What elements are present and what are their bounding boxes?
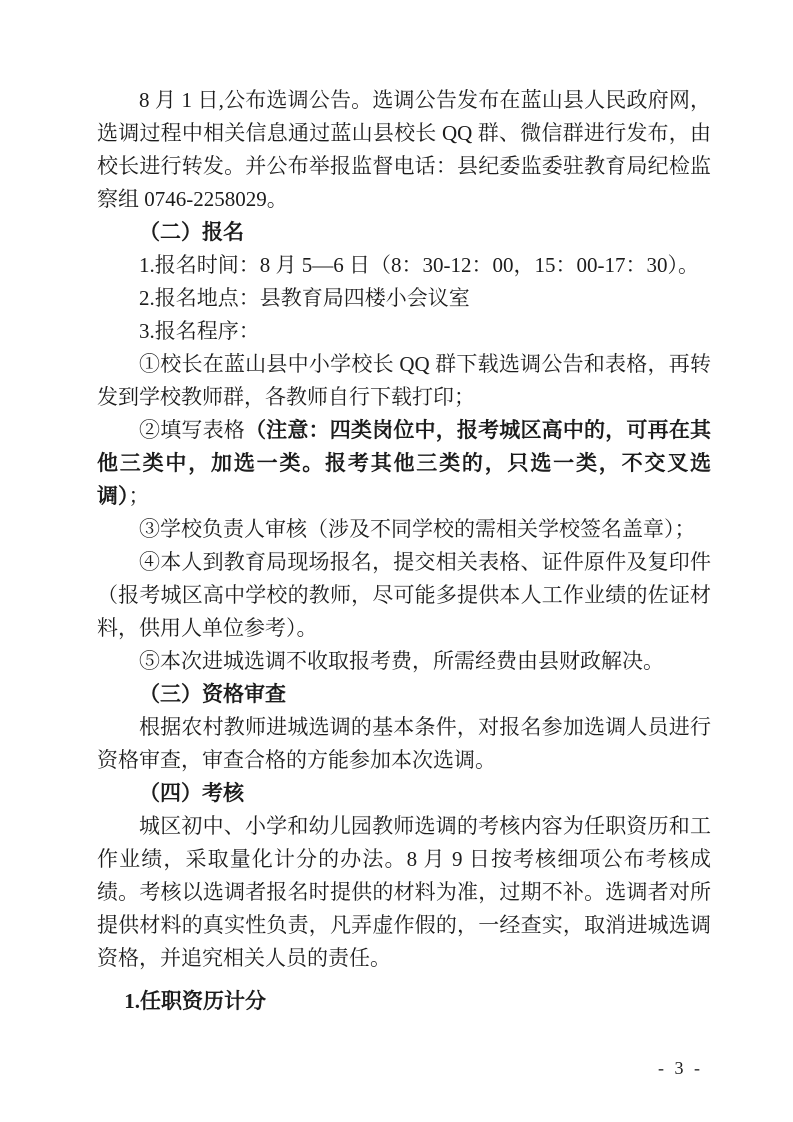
registration-step-3: ③学校负责人审核（涉及不同学校的需相关学校签名盖章）；	[97, 513, 711, 546]
paragraph-announcement: 8 月 1 日,公布选调公告。选调公告发布在蓝山县人民政府网，选调过程中相关信息…	[97, 84, 711, 216]
paragraph-qualification: 根据农村教师进城选调的基本条件，对报名参加选调人员进行资格审查，审查合格的方能参…	[97, 711, 711, 777]
document-page: 8 月 1 日,公布选调公告。选调公告发布在蓝山县人民政府网，选调过程中相关信息…	[0, 0, 793, 1122]
registration-step-4: ④本人到教育局现场报名，提交相关表格、证件原件及复印件（报考城区高中学校的教师，…	[97, 546, 711, 645]
page-number: - 3 -	[658, 1056, 703, 1080]
document-body: 8 月 1 日,公布选调公告。选调公告发布在蓝山县人民政府网，选调过程中相关信息…	[97, 84, 711, 1018]
registration-step-1: ①校长在蓝山县中小学校长 QQ 群下载选调公告和表格，再转发到学校教师群，各教师…	[97, 348, 711, 414]
registration-item-procedure: 3.报名程序：	[97, 315, 711, 348]
section-heading-registration: （二）报名	[97, 216, 711, 249]
registration-step-5: ⑤本次进城选调不收取报考费，所需经费由县财政解决。	[97, 645, 711, 678]
registration-step-2-suffix: ；	[129, 484, 150, 508]
section-heading-qualification: （三）资格审查	[97, 678, 711, 711]
section-heading-assessment: （四）考核	[97, 777, 711, 810]
registration-item-time: 1.报名时间：8 月 5—6 日（8：30-12：00，15：00-17：30）…	[97, 249, 711, 282]
registration-step-2: ②填写表格（注意：四类岗位中，报考城区高中的，可再在其他三类中，加选一类。报考其…	[97, 414, 711, 513]
sub-heading-tenure-scoring: 1.任职资历计分	[97, 985, 711, 1018]
paragraph-assessment: 城区初中、小学和幼儿园教师选调的考核内容为任职资历和工作业绩，采取量化计分的办法…	[97, 810, 711, 975]
registration-step-2-prefix: ②填写表格	[139, 418, 245, 442]
registration-item-place: 2.报名地点：县教育局四楼小会议室	[97, 282, 711, 315]
